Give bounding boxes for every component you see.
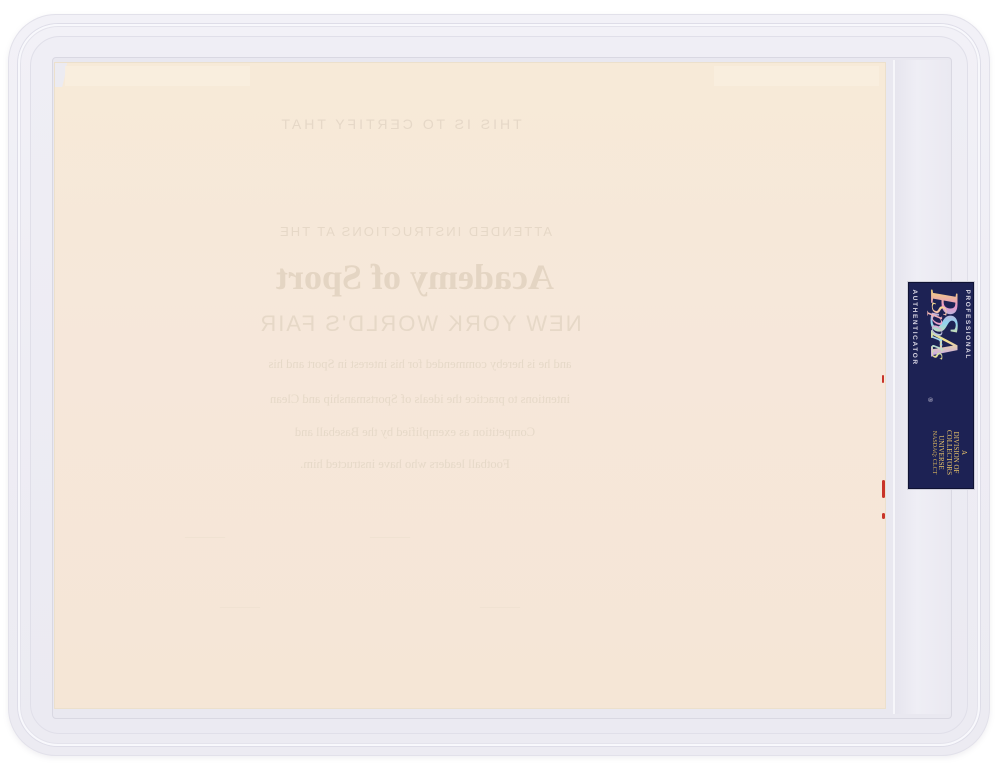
registered-mark: ® [926, 397, 932, 401]
division-line: COLLECTORS [945, 419, 953, 485]
division-line: UNIVERSE [937, 419, 945, 485]
bleed-signature-line: ________ [455, 598, 545, 608]
division-line: DIVISION OF [952, 419, 960, 485]
label-division-block: A DIVISION OF COLLECTORS UNIVERSE NASDAQ… [930, 419, 968, 485]
card-top-edge-highlight-left [65, 66, 250, 86]
red-stain-mark [882, 375, 884, 383]
bleed-text-certify: THIS IS TO CERTIFY THAT [250, 116, 550, 132]
bleed-text-attended: ATTENDED INSTRUCTIONS AT THE [230, 224, 600, 239]
bleed-paragraph-line: Competition as exemplified by the Baseba… [175, 425, 655, 440]
bleed-signature-line: ________ [150, 598, 330, 608]
bleed-text-worlds-fair: NEW YORK WORLD'S FAIR [200, 311, 640, 337]
certificate-card-back [55, 63, 885, 708]
label-authenticator-text: AUTHENTICATOR [911, 289, 918, 365]
bleed-signature-line: ________ [340, 528, 440, 538]
bleed-signature-line: ________ [150, 528, 260, 538]
bleed-paragraph-line: intentions to practice the ideals of Spo… [150, 392, 690, 407]
psa-authentication-label: PROFESSIONAL PSA Sports ® AUTHENTICATOR … [908, 282, 974, 489]
bleed-text-academy-title: Academy of Sport [240, 256, 590, 298]
nasdaq-ticker: NASDAQ: CLCT [930, 419, 938, 485]
red-stain-mark [882, 513, 885, 519]
card-top-edge-highlight-right [714, 66, 879, 86]
bleed-paragraph-line: and he is hereby commended for his inter… [150, 357, 690, 372]
psa-sports-logo: PSA Sports ® [922, 289, 962, 409]
division-line: A [960, 419, 968, 485]
red-stain-mark [882, 480, 885, 498]
psa-logo-script: Sports [926, 300, 952, 362]
bleed-paragraph-line: Football leaders who have instructed him… [195, 457, 615, 472]
